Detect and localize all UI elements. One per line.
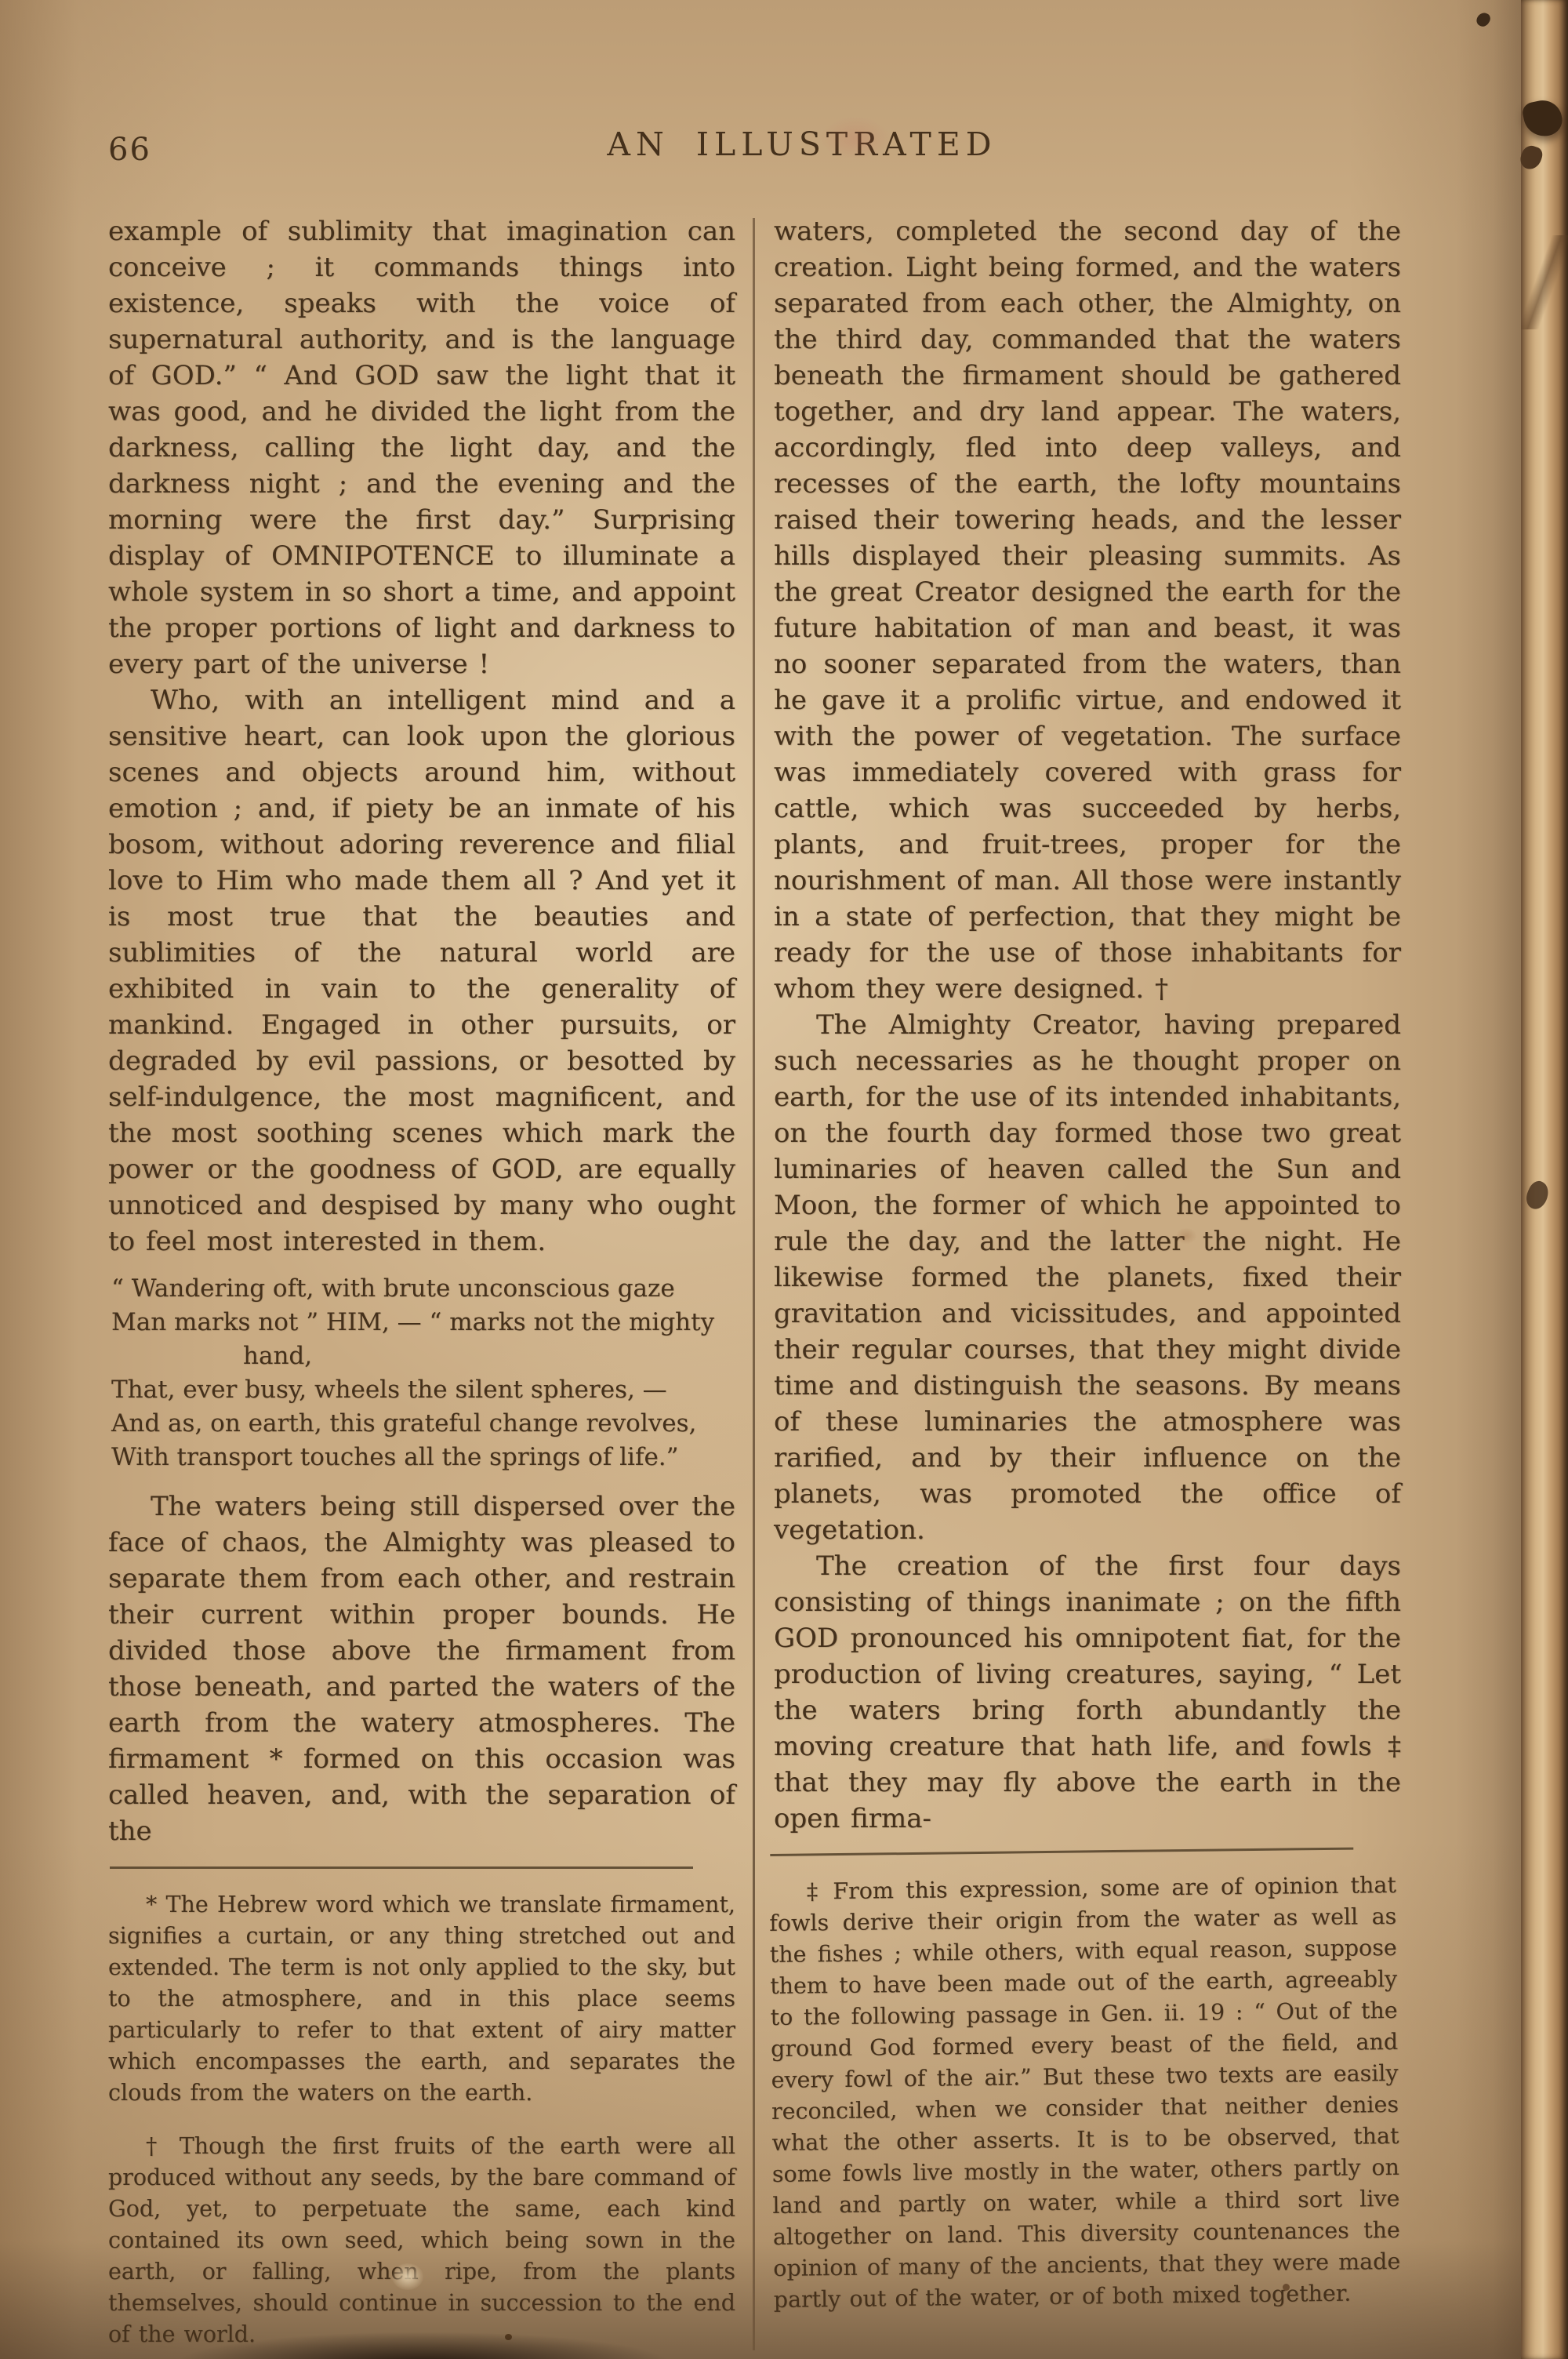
poem-line: That, ever busy, wheels the silent spher… [111, 1373, 735, 1407]
book-fore-edge [1521, 0, 1568, 2359]
paragraph: The waters being still dispersed over th… [108, 1488, 735, 1849]
footnote-dagger: † Though the first fruits of the earth w… [108, 2131, 735, 2350]
left-column: example of sublimity that imagination ca… [108, 213, 735, 2350]
paragraph: example of sublimity that imagination ca… [108, 213, 735, 682]
page-stain [1259, 1738, 1276, 1752]
book-page: 66 AN ILLUSTRATED example of sublimity t… [0, 0, 1568, 2359]
paragraph: The Almighty Creator, having prepared su… [774, 1007, 1401, 1548]
text-columns: example of sublimity that imagination ca… [108, 213, 1403, 2350]
page-header: 66 AN ILLUSTRATED [108, 125, 1402, 180]
right-column: waters, completed the second day of the … [774, 213, 1401, 2350]
fore-edge-seam [1521, 235, 1568, 329]
poem-line: Man marks not ” HIM, — “ marks not the m… [111, 1306, 735, 1339]
paragraph: The creation of the first four days cons… [774, 1548, 1401, 1837]
page-stain [392, 2263, 423, 2290]
page-speck [1283, 2284, 1290, 2291]
running-title: AN ILLUSTRATED [108, 125, 1402, 163]
poem-line: hand, [111, 1339, 735, 1373]
column-divider [753, 218, 755, 2350]
poem-quote: “ Wandering oft, with brute unconscious … [111, 1272, 735, 1474]
paragraph: Who, with an intelligent mind and a sens… [108, 682, 735, 1259]
bottom-edge-shadow [180, 2332, 666, 2359]
footnote-asterisk: * The Hebrew word which we translate fir… [108, 1889, 735, 2109]
footnote-block: ‡ From this expression, some are of opin… [768, 1847, 1401, 2316]
footnote-rule [110, 1866, 693, 1869]
footnote-rule [770, 1848, 1353, 1856]
gutter-fold-shadow [1457, 0, 1523, 2359]
page-stain [820, 116, 891, 160]
paragraph: waters, completed the second day of the … [774, 213, 1401, 1007]
poem-line: With transport touches all the springs o… [111, 1441, 735, 1474]
poem-line: And as, on earth, this grateful change r… [111, 1407, 735, 1441]
page-number: 66 [108, 132, 151, 168]
page-stain [1176, 1228, 1196, 1244]
poem-line: “ Wandering oft, with brute unconscious … [111, 1272, 735, 1306]
footnote-double-dagger: ‡ From this expression, some are of opin… [769, 1870, 1401, 2316]
